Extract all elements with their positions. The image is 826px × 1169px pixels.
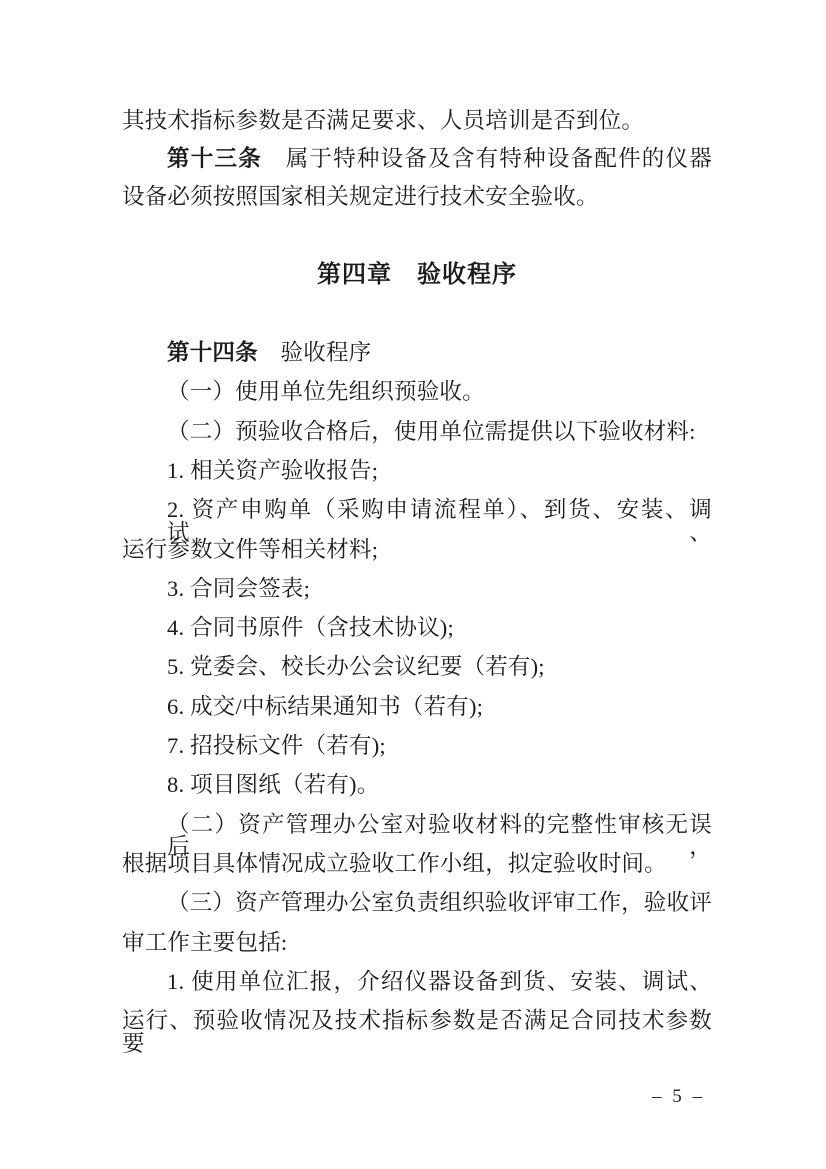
text-line: （三）资产管理办公室负责组织验收评审工作，验收评: [122, 892, 712, 915]
text-segment: 7. 招投标文件（若有);: [167, 733, 386, 758]
text-segment: 4. 合同书原件（含技术协议);: [167, 615, 454, 640]
text-segment: 验收程序: [258, 340, 372, 365]
article-number-label: 第十四条: [167, 340, 258, 365]
text-segment: 设备必须按照国家相关规定进行技术安全验收。: [122, 184, 599, 209]
text-line: 5. 党委会、校长办公会议纪要（若有);: [122, 656, 712, 679]
text-line: 运行参数文件等相关材料;: [122, 539, 712, 562]
text-line: 1. 使用单位汇报，介绍仪器设备到货、安装、调试、: [122, 971, 712, 994]
text-segment: 1. 使用单位汇报，介绍仪器设备到货、安装、调试、: [167, 969, 712, 994]
text-line: 6. 成交/中标结果通知书（若有);: [122, 696, 712, 719]
text-line: 第十四条 验收程序: [122, 342, 712, 365]
text-segment: 运行、预验收情况及技术指标参数是否满足合同技术参数要: [122, 1008, 712, 1056]
chapter-heading: 第四章 验收程序: [122, 263, 712, 287]
text-line: 其技术指标参数是否满足要求、人员培训是否到位。: [122, 110, 712, 133]
text-line: 1. 相关资产验收报告;: [122, 460, 712, 483]
text-segment: 根据项目具体情况成立验收工作小组，拟定验收时间。: [122, 851, 667, 876]
text-segment: 1. 相关资产验收报告;: [167, 458, 378, 483]
text-line: 审工作主要包括:: [122, 932, 712, 955]
text-line: 第十三条 属于特种设备及含有特种设备配件的仪器: [122, 148, 712, 171]
text-line: （二）预验收合格后，使用单位需提供以下验收材料:: [122, 421, 712, 444]
article-number-label: 第十三条: [167, 146, 262, 171]
text-line: 4. 合同书原件（含技术协议);: [122, 617, 712, 640]
text-segment: 其技术指标参数是否满足要求、人员培训是否到位。: [122, 108, 644, 133]
document-page: 第四章 验收程序 其技术指标参数是否满足要求、人员培训是否到位。第十三条 属于特…: [0, 0, 826, 1169]
document-body: 第四章 验收程序 其技术指标参数是否满足要求、人员培训是否到位。第十三条 属于特…: [122, 0, 712, 1169]
text-line: 设备必须按照国家相关规定进行技术安全验收。: [122, 186, 712, 209]
text-line: 8. 项目图纸（若有)。: [122, 774, 712, 797]
text-segment: 5. 党委会、校长办公会议纪要（若有);: [167, 654, 545, 679]
text-segment: （一）使用单位先组织预验收。: [167, 379, 485, 404]
text-segment: （二）预验收合格后，使用单位需提供以下验收材料:: [167, 419, 696, 444]
text-line: 运行、预验收情况及技术指标参数是否满足合同技术参数要: [122, 1010, 712, 1055]
text-line: 7. 招投标文件（若有);: [122, 735, 712, 758]
text-segment: 6. 成交/中标结果通知书（若有);: [167, 694, 483, 719]
text-segment: （三）资产管理办公室负责组织验收评审工作，验收评: [167, 890, 712, 915]
text-line: （一）使用单位先组织预验收。: [122, 381, 712, 404]
text-segment: 运行参数文件等相关材料;: [122, 537, 378, 562]
text-segment: 审工作主要包括:: [122, 930, 287, 955]
text-segment: 3. 合同会签表;: [167, 576, 310, 601]
text-line: 根据项目具体情况成立验收工作小组，拟定验收时间。: [122, 853, 712, 876]
text-segment: 属于特种设备及含有特种设备配件的仪器: [262, 146, 712, 171]
text-line: 3. 合同会签表;: [122, 578, 712, 601]
text-segment: 8. 项目图纸（若有)。: [167, 772, 379, 797]
page-number: – 5 –: [652, 1087, 705, 1106]
